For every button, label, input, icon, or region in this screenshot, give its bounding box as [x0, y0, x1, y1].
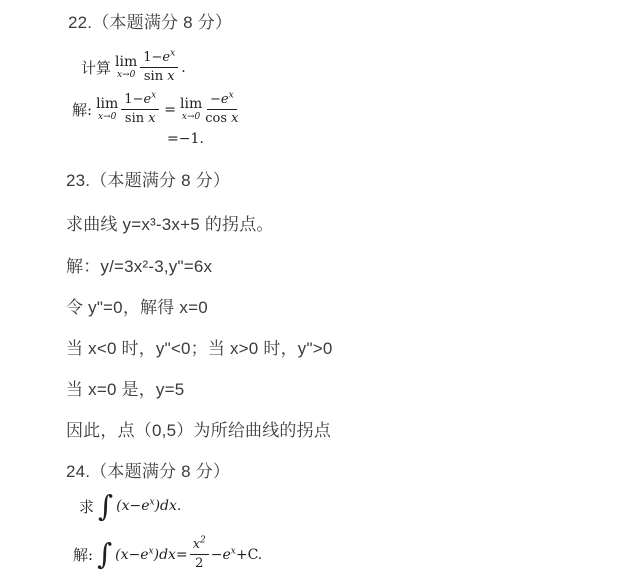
tail-constant: +C.	[236, 547, 262, 563]
tail-body: −e	[211, 547, 231, 563]
denominator-function: sin	[125, 111, 144, 126]
integrand-differential: )dx.	[155, 498, 182, 514]
numerator-variable: e	[221, 92, 229, 107]
integrand-expression: (x−ex)dx.	[116, 498, 181, 514]
fraction-denominator: sin x	[144, 68, 175, 84]
fraction-numerator: −ex	[207, 93, 237, 110]
lim-subscript: x→0	[98, 113, 116, 122]
integral-icon: ∫	[98, 494, 113, 519]
q23-step-3: 当 x<0 时，y"<0；当 x>0 时，y">0	[66, 338, 333, 359]
fraction: −ex cos x	[205, 93, 238, 127]
numerator-constant: 1−	[143, 50, 162, 65]
result-tail: −ex+C.	[211, 547, 263, 563]
q23-problem: 求曲线 y=x³-3x+5 的拐点。	[66, 214, 274, 235]
fraction-denominator: 2	[195, 555, 203, 571]
lim-subscript: x→0	[117, 71, 135, 80]
limit-operator: lim x→0	[115, 55, 137, 80]
numerator-exponent: x	[151, 91, 156, 101]
integrand-expression: (x−ex)dx=	[115, 547, 188, 563]
q23-step-2: 令 y"=0，解得 x=0	[66, 297, 208, 318]
q23-step-5: 因此，点（0,5）为所给曲线的拐点	[66, 420, 331, 441]
denominator-function: cos	[205, 111, 227, 126]
denominator-function: sin	[144, 69, 163, 84]
q22-solution-formula: 解: lim x→0 1−ex sin x = lim x→0 −ex cos …	[72, 93, 240, 147]
q22-solution-result: =−1.	[167, 131, 204, 147]
q24-solution-prefix: 解:	[73, 544, 93, 565]
q23-title: 23.（本题满分 8 分）	[66, 170, 230, 191]
fraction-numerator: 1−ex	[140, 51, 178, 68]
q22-title: 22.（本题满分 8 分）	[68, 12, 232, 33]
numerator-constant: −	[210, 92, 221, 107]
numerator-exponent: x	[229, 91, 234, 101]
q22-solution-line1: 解: lim x→0 1−ex sin x = lim x→0 −ex cos …	[72, 93, 240, 127]
q22-solution-prefix: 解:	[72, 99, 92, 120]
q22-problem-prefix: 计算	[81, 57, 111, 78]
limit-operator: lim x→0	[180, 97, 202, 122]
q24-problem-prefix: 求	[79, 496, 94, 517]
fraction: x2 2	[190, 538, 209, 572]
lim-subscript: x→0	[182, 113, 200, 122]
fraction: 1−ex sin x	[121, 93, 159, 127]
q23-step-4: 当 x=0 是，y=5	[66, 379, 184, 400]
fraction-denominator: sin x	[125, 110, 156, 126]
period: .	[181, 60, 185, 76]
q24-solution-formula: 解: ∫ (x−ex)dx= x2 2 −ex+C.	[73, 538, 262, 572]
numerator-exponent: 2	[200, 536, 206, 546]
numerator-exponent: x	[170, 49, 175, 59]
integral-icon: ∫	[97, 542, 112, 567]
integrand-body: (x−e	[116, 498, 149, 514]
integrand-body: (x−e	[115, 547, 148, 563]
q24-problem-formula: 求 ∫ (x−ex)dx.	[79, 494, 181, 519]
q22-problem-formula: 计算 lim x→0 1−ex sin x .	[81, 51, 186, 85]
q23-step-1: 解：y/=3x²-3,y"=6x	[66, 256, 212, 277]
fraction-numerator: 1−ex	[121, 93, 159, 110]
lim-symbol: lim	[96, 97, 118, 111]
fraction-denominator: cos x	[205, 110, 238, 126]
fraction-numerator: x2	[190, 538, 209, 555]
numerator-variable: x	[193, 537, 200, 552]
lim-symbol: lim	[180, 97, 202, 111]
denominator-variable: x	[167, 69, 174, 84]
document-page: 22.（本题满分 8 分） 计算 lim x→0 1−ex sin x . 解:…	[0, 0, 631, 581]
integrand-differential: )dx	[154, 547, 176, 563]
equals-sign: =	[176, 547, 188, 563]
denominator-variable: x	[148, 111, 155, 126]
numerator-variable: e	[162, 50, 170, 65]
q24-title: 24.（本题满分 8 分）	[66, 461, 230, 482]
limit-operator: lim x→0	[96, 97, 118, 122]
fraction: 1−ex sin x	[140, 51, 178, 85]
lim-symbol: lim	[115, 55, 137, 69]
equals-sign: =	[164, 102, 176, 118]
numerator-constant: 1−	[124, 92, 143, 107]
denominator-variable: x	[231, 111, 238, 126]
